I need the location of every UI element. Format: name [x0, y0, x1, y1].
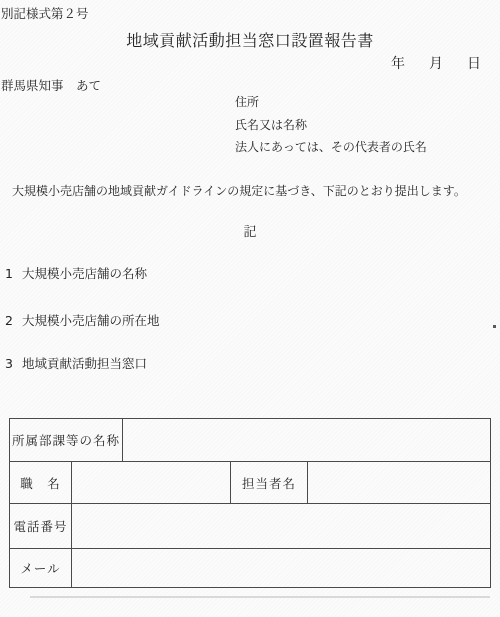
email-value-cell [72, 549, 491, 588]
report-form-page: 別記様式第２号 地域貢献活動担当窓口設置報告書 年 月 日 群馬県知事 あて 住… [0, 0, 500, 617]
phone-label-cell: 電話番号 [10, 504, 72, 549]
applicant-info-block: 住所 氏名又は名称 法人にあっては、その代表者の氏名 [235, 91, 427, 159]
department-value-cell [123, 419, 491, 462]
page-title: 地域貢献活動担当窓口設置報告書 [0, 28, 500, 51]
applicant-address-label: 住所 [235, 91, 427, 114]
contact-table: 所属部課等の名称 職 名 担当者名 電話番号 メール [9, 418, 491, 588]
table-row-position-person: 職 名 担当者名 [10, 462, 491, 504]
stray-dot [493, 325, 496, 328]
date-line: 年 月 日 [391, 53, 481, 73]
phone-value-cell [72, 504, 491, 549]
addressee-line: 群馬県知事 あて [1, 76, 101, 94]
person-label-cell: 担当者名 [231, 462, 308, 504]
table-row-email: メール [10, 549, 491, 588]
list-item-store-location: 2大規模小売店舗の所在地 [5, 311, 160, 329]
date-year-label: 年 [391, 53, 405, 73]
body-paragraph: 大規模小売店舗の地域貢献ガイドラインの規定に基づき、下記のとおり提出します。 [12, 182, 466, 199]
item-label: 大規模小売店舗の所在地 [22, 313, 160, 328]
table-row-phone: 電話番号 [10, 504, 491, 549]
item-number: 1 [5, 266, 22, 281]
table-row-department: 所属部課等の名称 [10, 419, 491, 462]
section-marker: 記 [0, 221, 500, 240]
form-number: 別記様式第２号 [1, 4, 89, 22]
list-item-store-name: 1大規模小売店舗の名称 [5, 264, 147, 282]
person-value-cell [308, 462, 491, 504]
position-value-cell [72, 462, 231, 504]
item-label: 地域貢献活動担当窓口 [22, 356, 147, 371]
item-number: 2 [5, 313, 22, 328]
item-label: 大規模小売店舗の名称 [22, 266, 147, 281]
email-label-cell: メール [10, 549, 72, 588]
table-bottom-shadow [30, 596, 490, 598]
list-item-contact-window: 3地域貢献活動担当窓口 [5, 354, 147, 372]
applicant-representative-label: 法人にあっては、その代表者の氏名 [235, 136, 427, 159]
date-day-label: 日 [467, 53, 481, 73]
department-label-cell: 所属部課等の名称 [10, 419, 123, 462]
item-number: 3 [5, 356, 22, 371]
position-label-cell: 職 名 [10, 462, 72, 504]
applicant-name-label: 氏名又は名称 [235, 114, 427, 137]
date-month-label: 月 [429, 53, 443, 73]
